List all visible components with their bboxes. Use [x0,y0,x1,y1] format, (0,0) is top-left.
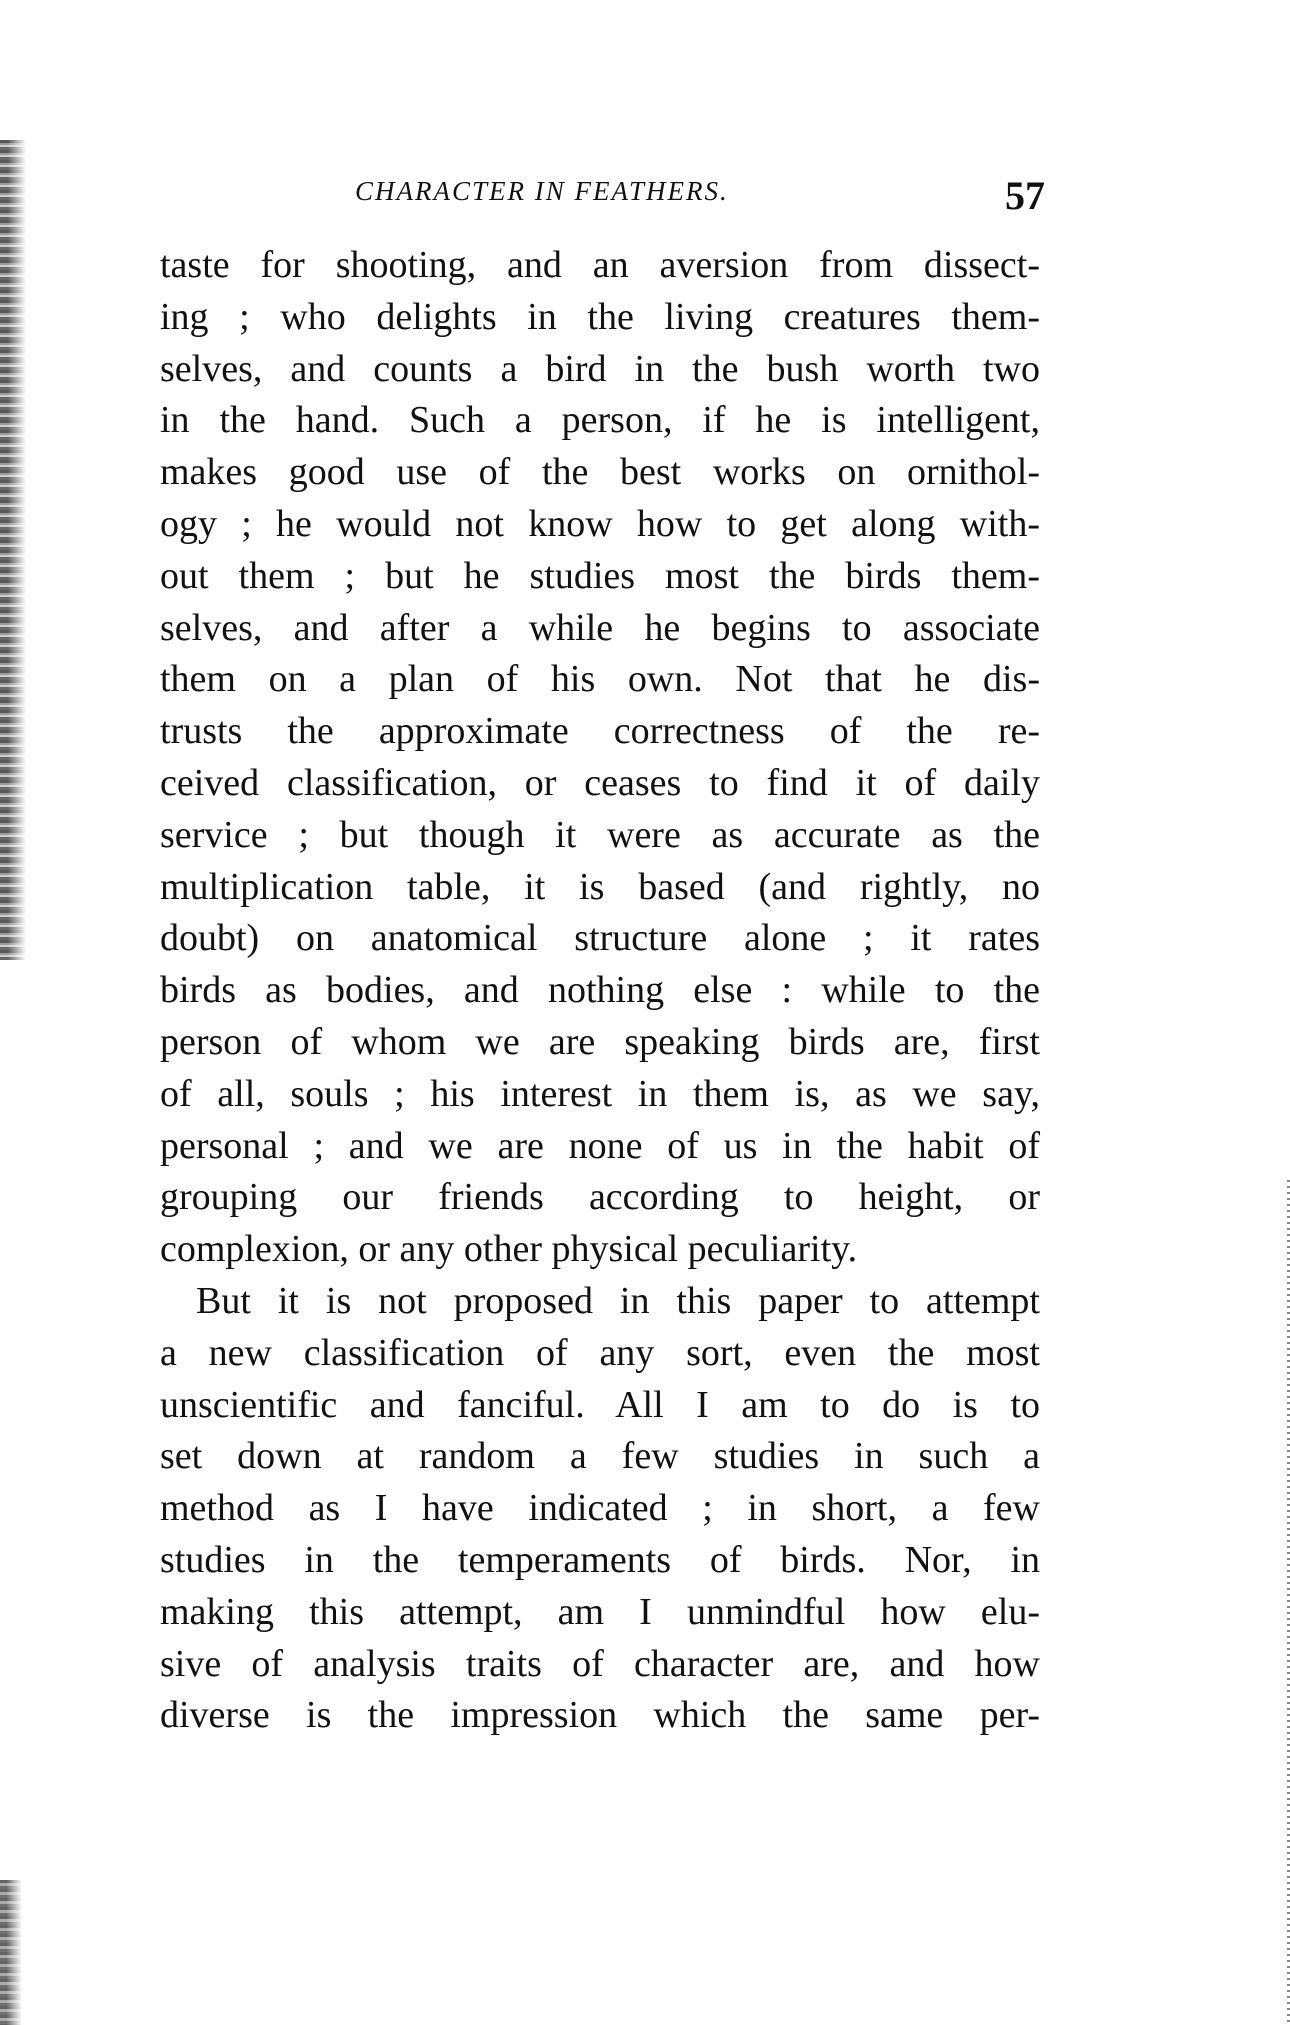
text-line: in the hand. Such a person, if he is int… [160,395,1040,447]
text-line: personal ; and we are none of us in the … [160,1121,1040,1173]
text-line: sive of analysis traits of character are… [160,1639,1040,1691]
text-line: multiplication table, it is based (and r… [160,862,1040,914]
text-line: of all, souls ; his interest in them is,… [160,1069,1040,1121]
text-line: studies in the temperaments of birds. No… [160,1535,1040,1587]
text-line: taste for shooting, and an aversion from… [160,240,1040,292]
text-line: ogy ; he would not know how to get along… [160,499,1040,551]
paragraph-2: But it is not proposed in this paper to … [160,1276,1040,1742]
page-number: 57 [1005,172,1045,219]
text-line: making this attempt, am I unmindful how … [160,1587,1040,1639]
text-line: complexion, or any other physical peculi… [160,1224,1040,1276]
text-line: set down at random a few studies in such… [160,1431,1040,1483]
text-line: unscientific and fanciful. All I am to d… [160,1380,1040,1432]
text-line: selves, and after a while he begins to a… [160,603,1040,655]
text-line: ing ; who delights in the living creatur… [160,292,1040,344]
text-line: selves, and counts a bird in the bush wo… [160,344,1040,396]
text-line: service ; but though it were as accurate… [160,810,1040,862]
scan-binding-shadow [0,140,26,960]
text-line: method as I have indicated ; in short, a… [160,1483,1040,1535]
text-line: But it is not proposed in this paper to … [160,1276,1040,1328]
text-line: trusts the approximate correctness of th… [160,706,1040,758]
text-line: grouping our friends according to height… [160,1172,1040,1224]
text-line: a new classification of any sort, even t… [160,1328,1040,1380]
text-line: person of whom we are speaking birds are… [160,1017,1040,1069]
text-line: out them ; but he studies most the birds… [160,551,1040,603]
text-line: birds as bodies, and nothing else : whil… [160,965,1040,1017]
text-line: them on a plan of his own. Not that he d… [160,654,1040,706]
paragraph-1: taste for shooting, and an aversion from… [160,240,1040,1276]
scan-binding-shadow-bottom [0,1880,22,2025]
text-line: ceived classification, or ceases to find… [160,758,1040,810]
text-line: diverse is the impression which the same… [160,1690,1040,1742]
body-text: taste for shooting, and an aversion from… [160,240,1040,1742]
text-line: makes good use of the best works on orni… [160,447,1040,499]
running-head: CHARACTER IN FEATHERS. 57 [355,172,1045,220]
running-title: CHARACTER IN FEATHERS. [355,176,729,207]
text-line: doubt) on anatomical structure alone ; i… [160,913,1040,965]
